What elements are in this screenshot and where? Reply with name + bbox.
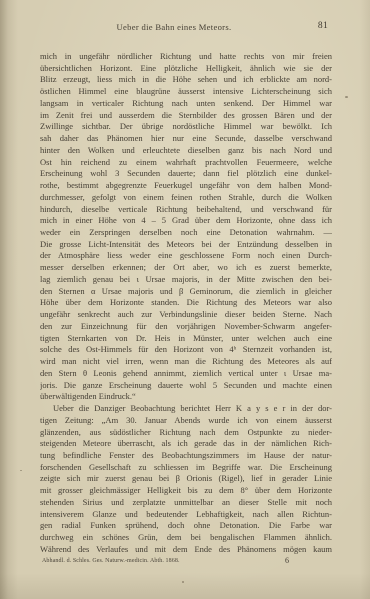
text-line: intensiverem Glanze und bedeutender Lebh… [40,509,332,521]
text-line: solche des Ost-Himmels für den Horizont … [40,344,332,356]
text-line: übersichtlichen Horizont. Eine plötzlich… [40,63,332,75]
text-line: den Stern θ Leonis gehend annimmt, zieml… [40,368,332,380]
text-line: den zur Einzeichnung für den vorjährigen… [40,321,332,333]
text-line: mich in ungefähr nördlicher Richtung und… [40,51,332,63]
text-line: joris. Die ganze Erscheinung dauerte woh… [40,380,332,392]
scan-speck [20,470,22,471]
text-line: zeigte sich mir zuerst genau bei β Orion… [40,473,332,485]
text-line: durchweg ein schönes Grün, dem bei benga… [40,532,332,544]
text-line: hindurch, dieselbe verticale Richtung be… [40,204,332,216]
text-line: messer derselben erkennen; der Ort aber,… [40,262,332,274]
text-line: östlichen Himmel eine blaugrüne äusserst… [40,86,332,98]
text-line: Zwillinge sichtbar. Der übrige nordöstli… [40,121,332,133]
text-line: mich in einer Höhe von 4 – 5 Grad über d… [40,215,332,227]
text-line: den Sternen α Ursae majoris und β Gemino… [40,286,332,298]
text-line: durchmesser, gefolgt von einem feinen ro… [40,192,332,204]
page-footer: Abhandl. d. Schles. Ges. Naturw.-medicin… [42,556,334,566]
page-header: Ueber die Bahn eines Meteors. 81 [40,22,332,35]
running-title: Ueber die Bahn eines Meteors. [28,22,320,32]
text-line: stehenden Sirius und zerplatzte unmittel… [40,497,332,509]
text-line: tigten Sternkarten von Dr. Heis in Münst… [40,333,332,345]
text-line: gen radial Funken sprühend, doch ohne De… [40,520,332,532]
text-line: wird man nicht viel irren, wenn man die … [40,356,332,368]
footer-signature-number: 6 [285,556,289,565]
text-line: Während des Verlaufes und mit dem Ende d… [40,544,332,556]
body-text-block: mich in ungefähr nördlicher Richtung und… [40,51,332,556]
scanned-book-page: Ueber die Bahn eines Meteors. 81 mich in… [0,0,370,599]
text-line: überwältigenden Eindruck.“ [40,391,332,403]
text-line: ungefähr senkrecht auch zur Verbindungsl… [40,309,332,321]
text-line: lag ziemlich genau bei ι Ursae majoris, … [40,274,332,286]
text-line: rothe, bestimmt abgegrenzte Feuerkugel u… [40,180,332,192]
text-line: im Zenit frei und ausserdem die Sternbil… [40,110,332,122]
text-line: steigenden Meteore überrascht, als ich g… [40,438,332,450]
scan-speck [182,581,184,583]
text-line: Die grosse Licht-Intensität des Meteors … [40,239,332,251]
text-line: hinter den Wolken und erleuchtete diesel… [40,145,332,157]
scan-speck [345,96,348,98]
page-number: 81 [318,21,328,31]
text-line: forschenden Gesellschaft zu schliessen i… [40,462,332,474]
text-line: Ost hin reichend zu einem wahrhaft prach… [40,157,332,169]
text-line: Blitz erzeugt, liess mich in die Höhe se… [40,74,332,86]
text-line: tung befindliche Fenster des Beobachtung… [40,450,332,462]
text-line: Erscheinung wohl 3 Secunden dauerte; dan… [40,168,332,180]
text-line: sah daher das Phänomen hier nur eine Sec… [40,133,332,145]
text-line: glänzenden, aus südöstlicher Richtung na… [40,427,332,439]
footer-imprint: Abhandl. d. Schles. Ges. Naturw.-medicin… [42,558,180,564]
text-line: langsam in verticaler Richtung nach unte… [40,98,332,110]
text-line: Ueber die Danziger Beobachtung berichtet… [40,403,332,415]
text-line: der Atmosphäre liess weder eine geschlos… [40,250,332,262]
text-line: mit grosser gleichmässiger Helligkeit bi… [40,485,332,497]
text-line: tigen Zeitung: „Am 30. Januar Abends wur… [40,415,332,427]
text-line: weder ein Zerspringen derselben noch ein… [40,227,332,239]
text-line: Höhe über dem Horizonte standen. Die Ric… [40,297,332,309]
